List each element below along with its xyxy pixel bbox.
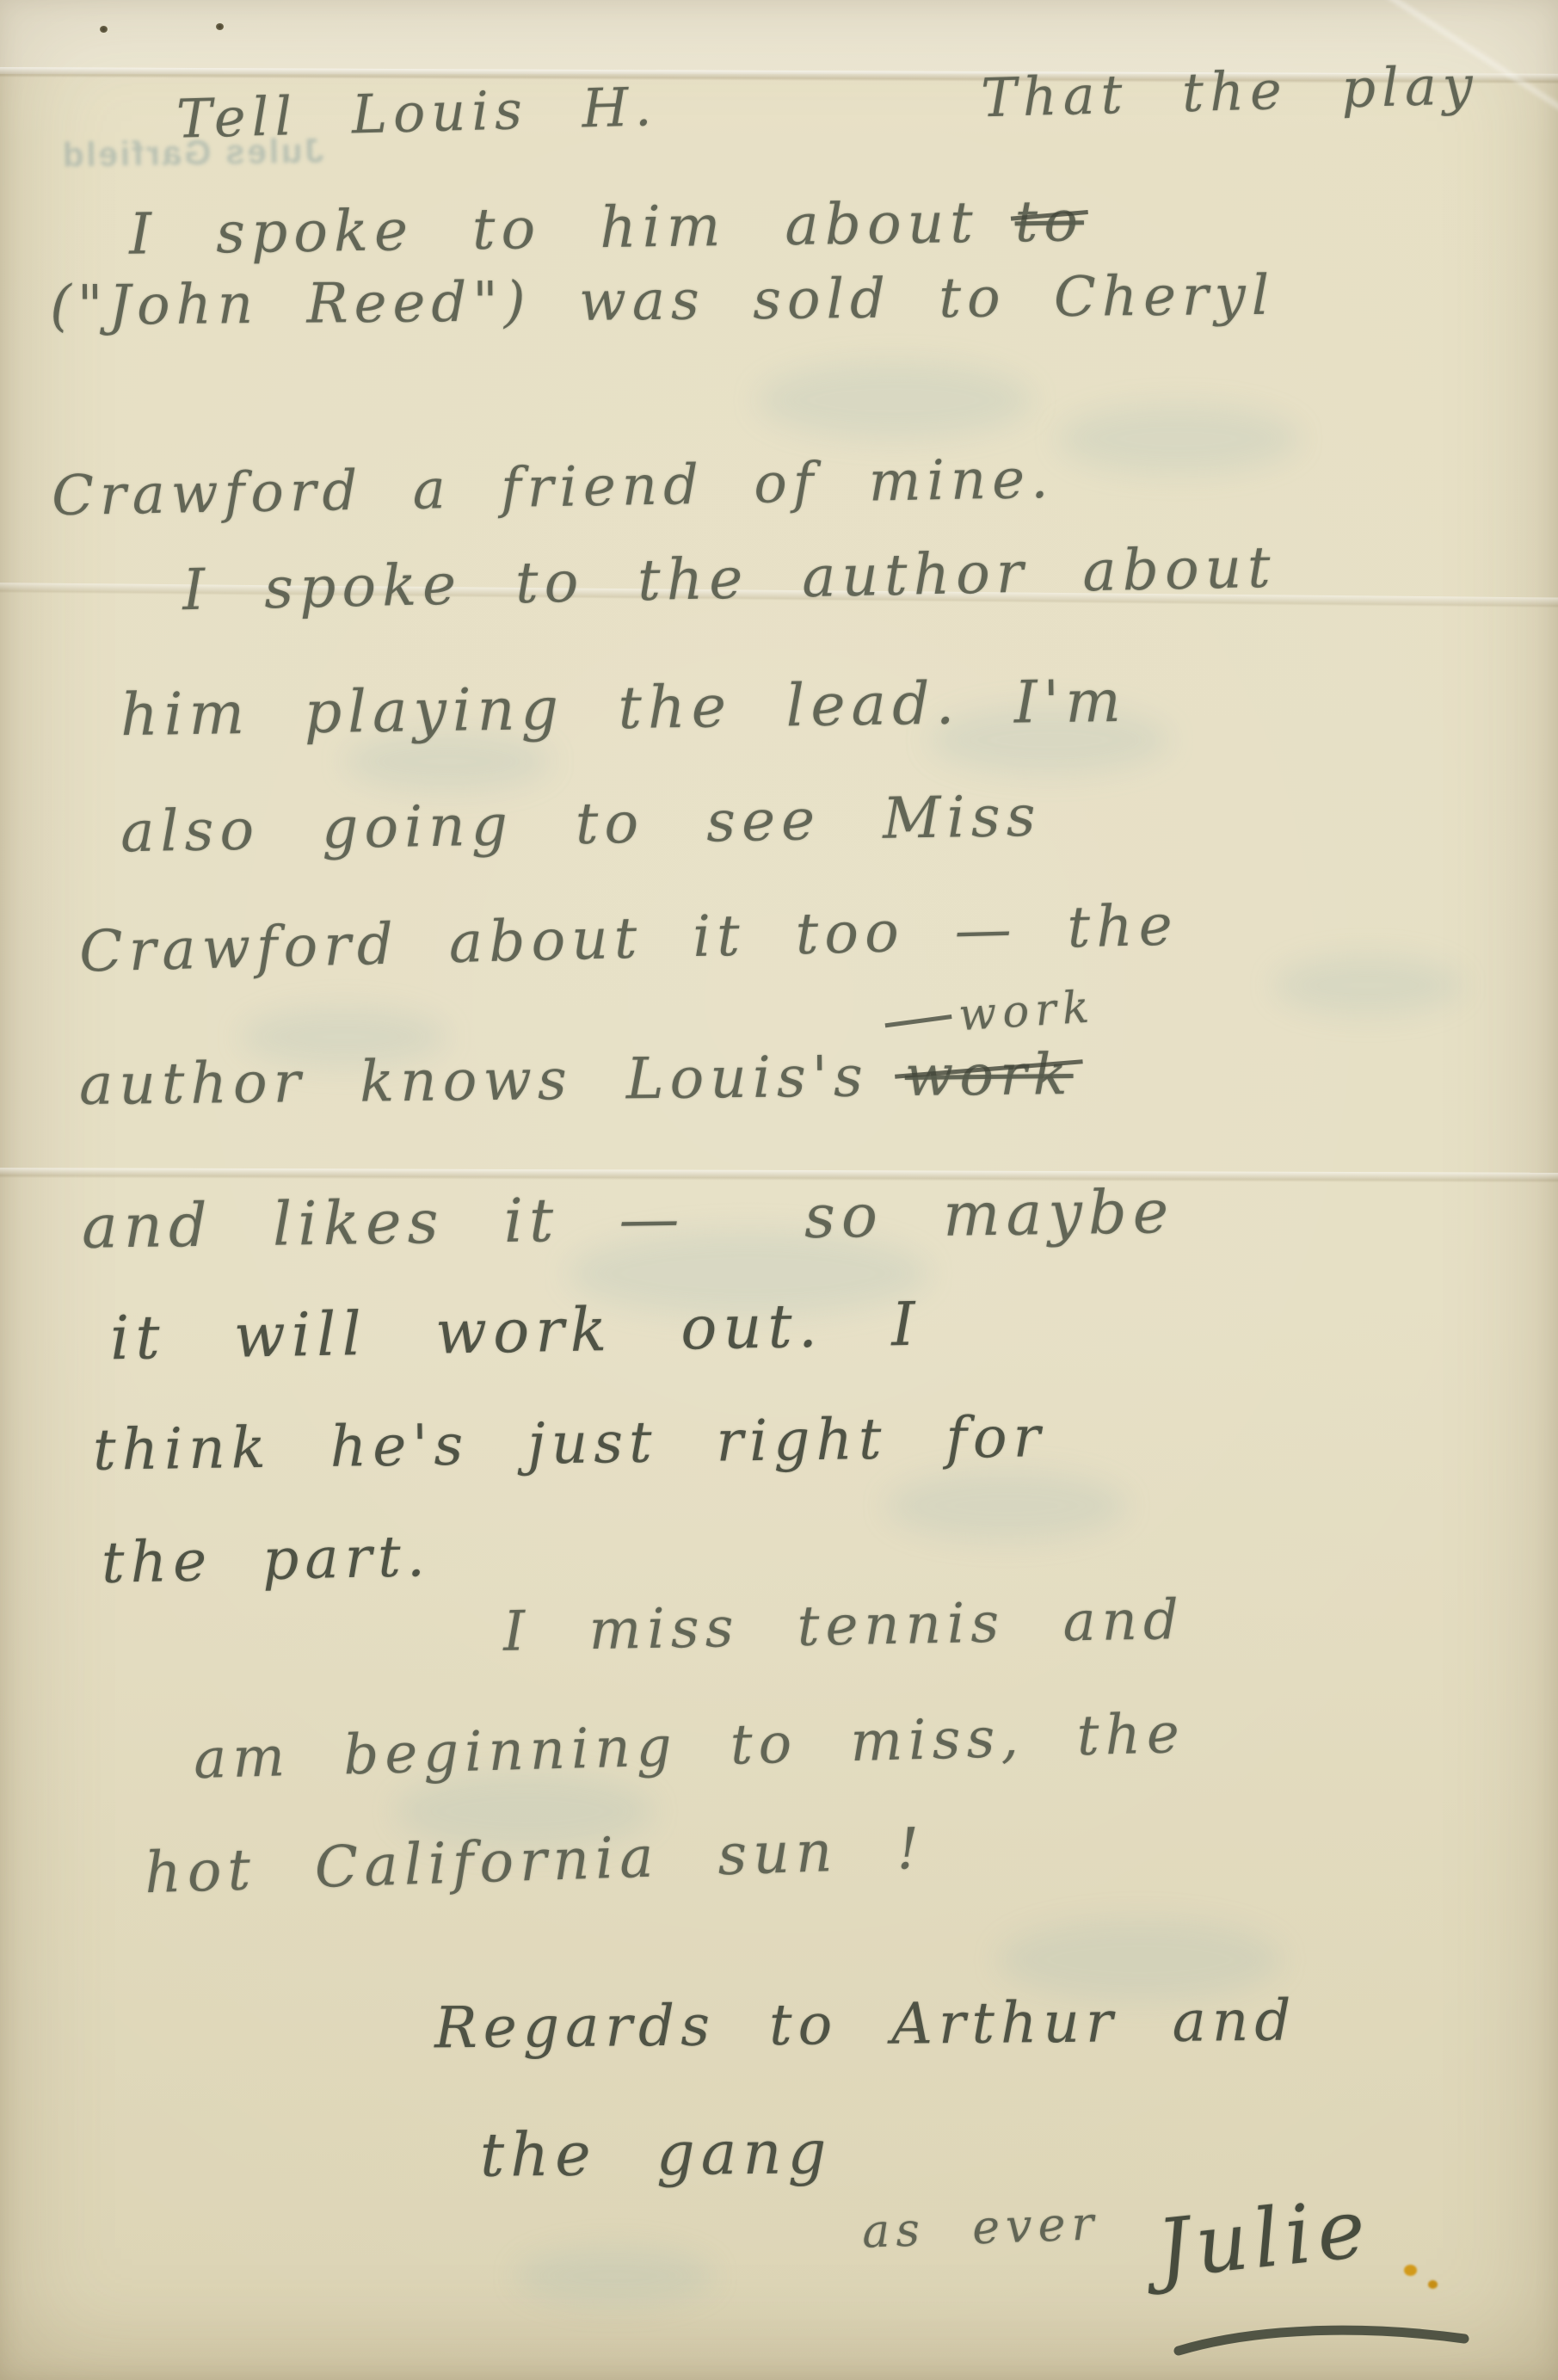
bleed-smudge [1273, 955, 1463, 1015]
line-text: it will work out. I [109, 1289, 921, 1373]
strikethrough-text: to [1014, 188, 1084, 255]
line-text: author knows Louis's [79, 1043, 870, 1118]
line-text: I spoke to the author about [182, 534, 1277, 624]
bleed-smudge [757, 361, 1032, 439]
line-text: I spoke to him about [129, 189, 980, 268]
paper-speck [1428, 2280, 1438, 2289]
staple-hole-left [100, 26, 108, 33]
letter-line: am beginning to miss, the [193, 1706, 1185, 1787]
letter-line: Regards to Arthur and [434, 1993, 1297, 2057]
letter-line: author knows Louis'sworkwork [79, 1046, 1074, 1113]
line-text: and likes it — so maybe [81, 1176, 1174, 1262]
letter-line: I spoke to the author about [182, 540, 1277, 620]
letter-line: I spoke to him aboutto [129, 193, 1085, 262]
letter-line: Crawford about it too — the [78, 897, 1179, 980]
line-text: Regards to Arthur and [434, 1988, 1297, 2062]
bleed-smudge [1058, 404, 1299, 473]
letter-line: hot California sun ! [144, 1821, 926, 1902]
signature-text: Julie [1153, 2181, 1376, 2297]
closing-salutation: as ever [861, 2200, 1100, 2255]
signature: Julie [1154, 2188, 1375, 2291]
fold-crease-lower [0, 1168, 1558, 1183]
line-text: I miss tennis and [502, 1588, 1185, 1664]
line-text: ("John Reed") was sold to Cheryl [50, 264, 1276, 338]
line-text: the part. [101, 1523, 431, 1596]
staple-hole-right [216, 23, 224, 30]
letter-line: I miss tennis and [503, 1593, 1185, 1660]
line-text: think he's just right for [93, 1403, 1047, 1483]
line-text: the gang [480, 2117, 833, 2191]
letter-line: think he's just right for [93, 1409, 1047, 1478]
paper-speck [1404, 2265, 1417, 2276]
letter-line: ("John Reed") was sold to Cheryl [50, 268, 1276, 334]
letter-line: also going to see Miss [120, 788, 1043, 861]
salutation-text: as ever [861, 2196, 1100, 2259]
line-text: him playing the lead. I'm [120, 668, 1127, 749]
letter-line: him playing the lead. I'm [120, 673, 1128, 745]
letter-line: the gang [480, 2122, 833, 2186]
line-text: also going to see Miss [120, 783, 1042, 866]
inserted-word: work [884, 985, 1097, 1043]
letter-line: and likes it — so maybe [82, 1181, 1175, 1257]
letter-line: it will work out. I [109, 1294, 921, 1368]
strikethrough-text: work [904, 1041, 1074, 1109]
letter-line: the part. [101, 1528, 431, 1592]
bleed-smudge [886, 1471, 1127, 1540]
line-text: Crawford about it too — the [78, 891, 1179, 984]
letter-page: Jules Garfield Tell Louis H. That the pl… [0, 0, 1558, 2380]
letter-line: Crawford a friend of mine. [52, 452, 1055, 524]
line-text: Crawford a friend of mine. [51, 447, 1055, 528]
signature-underline [1170, 2316, 1471, 2365]
line-text: hot California sun ! [144, 1816, 927, 1906]
line-text: am beginning to miss, the [193, 1702, 1185, 1791]
bleed-smudge [516, 2246, 714, 2306]
